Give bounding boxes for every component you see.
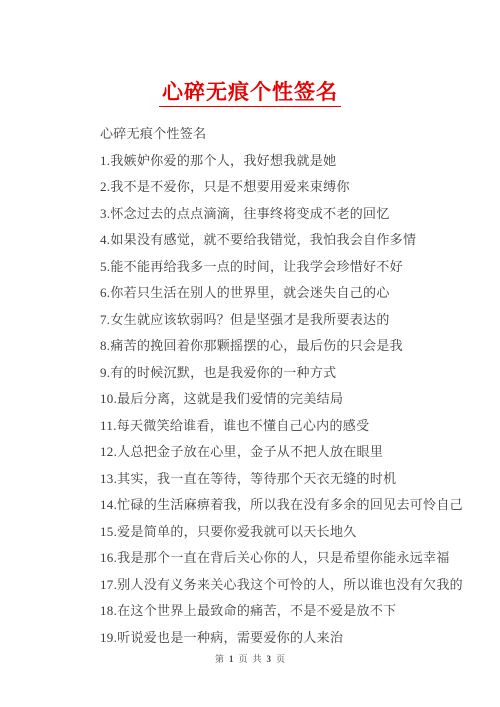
signature-line-10: 10.最后分离，这就是我们爱情的完美结局 (100, 386, 460, 413)
footer-total-pages: 3 (267, 654, 272, 664)
document-page: 心碎无痕个性签名 心碎无痕个性签名 1.我嫉妒你爱的那个人，我好想我就是她 2.… (0, 0, 500, 707)
signature-line-5: 5.能不能再给我多一点的时间，让我学会珍惜好不好 (100, 254, 460, 281)
signature-line-8: 8.痛苦的挽回着你那颗摇摆的心，最后伤的只会是我 (100, 333, 460, 360)
signature-line-1: 1.我嫉妒你爱的那个人，我好想我就是她 (100, 148, 460, 175)
signature-line-3: 3.怀念过去的点点滴滴，往事终将变成不老的回忆 (100, 201, 460, 228)
signature-line-4: 4.如果没有感觉，就不要给我错觉，我怕我会自作多情 (100, 227, 460, 254)
signature-line-2: 2.我不是不爱你，只是不想要用爱来束缚你 (100, 174, 460, 201)
footer-total-unit: 页 (276, 654, 285, 664)
signature-line-12: 12.人总把金子放在心里，金子从不把人放在眼里 (100, 439, 460, 466)
footer-page-unit: 页 (238, 654, 247, 664)
signature-line-13: 13.其实，我一直在等待，等待那个天衣无缝的时机 (100, 466, 460, 493)
signature-line-6: 6.你若只生活在别人的世界里，就会迷失自己的心 (100, 280, 460, 307)
signature-line-11: 11.每天微笑给谁看，谁也不懂自己心内的感受 (100, 413, 460, 440)
footer-total-marker: 共 (253, 654, 262, 664)
subtitle: 心碎无痕个性签名 (100, 121, 460, 148)
signature-line-19: 19.听说爱也是一种病，需要爱你的人来治 (100, 625, 460, 652)
footer-current-page: 1 (229, 654, 234, 664)
signature-line-9: 9.有的时候沉默，也是我爱你的一种方式 (100, 360, 460, 387)
document-body: 心碎无痕个性签名 1.我嫉妒你爱的那个人，我好想我就是她 2.我不是不爱你，只是… (0, 107, 500, 651)
signature-line-15: 15.爱是简单的，只要你爱我就可以天长地久 (100, 519, 460, 546)
footer-page-marker: 第 (215, 654, 224, 664)
page-title-text: 心碎无痕个性签名 (159, 79, 341, 107)
signature-line-7: 7.女生就应该软弱吗？但是坚强才是我所要表达的 (100, 307, 460, 334)
signature-line-14: 14.忙碌的生活麻痹着我，所以我在没有多余的回见去可怜自己 (100, 492, 460, 519)
signature-line-16: 16.我是那个一直在背后关心你的人，只是希望你能永远幸福 (100, 545, 460, 572)
page-footer: 第1页共3页 (0, 652, 500, 666)
page-title: 心碎无痕个性签名 (0, 0, 500, 107)
signature-line-18: 18.在这个世界上最致命的痛苦，不是不爱是放不下 (100, 598, 460, 625)
signature-line-17: 17.别人没有义务来关心我这个可怜的人，所以谁也没有欠我的 (100, 572, 460, 599)
